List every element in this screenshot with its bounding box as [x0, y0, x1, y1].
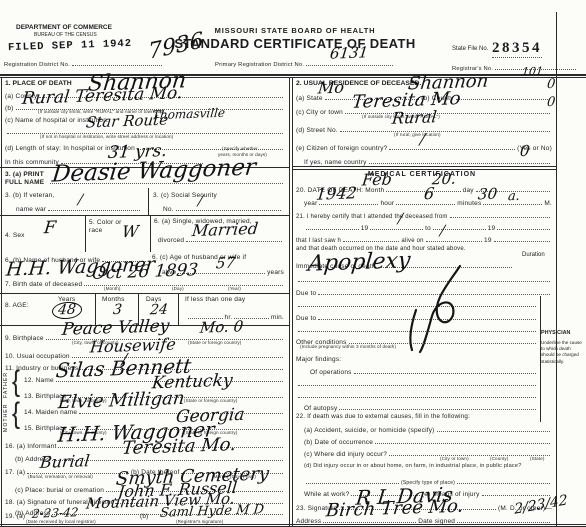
- informant-address-value: Teresita Mo.: [121, 436, 237, 458]
- dotted-leader: [298, 378, 536, 386]
- registrar-date-value: 2-23-42: [31, 506, 79, 520]
- rule-line: [292, 169, 556, 170]
- birthdate-value: Oct 26 1893: [91, 262, 199, 283]
- marital-label-2: divorced: [158, 237, 184, 244]
- injury-city-note: (City or town): [440, 456, 469, 461]
- margin-number-2: 0: [546, 78, 556, 91]
- physician-box-note: Underline the cause to which death shoul…: [541, 340, 584, 365]
- rule-line: [0, 74, 586, 76]
- dotted-leader: [456, 92, 550, 100]
- dotted-leader: [497, 222, 550, 230]
- death-year-value: 1942: [315, 185, 357, 202]
- lastsaw-label: that I last saw h: [296, 238, 341, 244]
- registrar-sig-value: Saml Hyde M D: [159, 503, 264, 520]
- ssn-label: 3. (c) Social Security: [153, 192, 217, 199]
- findings-line-2: [296, 378, 538, 386]
- veteran-war-label: name war: [16, 206, 46, 213]
- birthplace-state-value: Mo. 0: [199, 319, 244, 336]
- death-m-label: M.: [544, 200, 552, 207]
- alive-on-label: alive on: [401, 238, 423, 244]
- birthplace-label: 9. Birthplace: [5, 335, 44, 342]
- father-state-note: (State or foreign country): [184, 398, 237, 403]
- ssn-no-row: No.: [163, 203, 283, 213]
- birthplace-state-note: (State or foreign country): [188, 340, 241, 345]
- while-at-work-label: While at work?: [304, 491, 349, 498]
- age-months-value: 3: [112, 303, 122, 317]
- certificate-title: STANDARD CERTIFICATE OF DEATH: [150, 36, 440, 51]
- residence-title: 2. USUAL RESIDENCE OF DECEASED.: [296, 80, 421, 87]
- dotted-leader: [339, 402, 536, 410]
- color-label-1: 5. Color or: [89, 219, 122, 226]
- occupation-value: Housewife: [89, 336, 176, 355]
- father-name-label: 12. Name: [24, 377, 54, 384]
- where-injury-row: (c) Where did injury occur?: [304, 448, 552, 458]
- dotted-leader: [375, 436, 550, 444]
- physician-box-title: PHYSICIAN: [541, 330, 584, 337]
- where-injury-label: (c) Where did injury occur?: [304, 451, 387, 458]
- due-to-label-1: Due to: [296, 290, 316, 297]
- birthdate-year-note: (Year): [228, 286, 241, 291]
- cell-divider: [150, 215, 151, 252]
- certify-row-1: 21. I hereby certify that I attended the…: [296, 210, 552, 220]
- margin-number-3: 0: [546, 96, 556, 109]
- death-day-label: day: [463, 187, 474, 194]
- birthdate-day-note: (Day): [172, 286, 184, 291]
- findings-line-3: [296, 390, 538, 398]
- dotted-leader: [306, 476, 399, 484]
- column-divider: [292, 77, 293, 527]
- residence-street-value: Rural: [391, 109, 437, 127]
- certify-row-2: 19 to 19: [304, 222, 552, 232]
- community-label: In this community: [5, 159, 59, 166]
- mother-name-value: Elvie Milligan: [57, 390, 185, 412]
- filed-stamp: FILED SEP 11 1942: [8, 38, 132, 54]
- to-label: to: [425, 225, 431, 232]
- death-ampm-mark: a.: [507, 190, 520, 203]
- registrar-date-label: 19. (a): [5, 513, 25, 520]
- residence-street-note: (If rural, give location): [394, 132, 441, 137]
- major-findings-label: Major findings:: [296, 356, 341, 363]
- registrar-sig-label: (b): [140, 513, 149, 520]
- accident-row: (a) Accident, suicide, or homicide (spec…: [304, 424, 552, 434]
- dotted-leader: [298, 390, 536, 398]
- dotted-leader: [48, 203, 140, 211]
- primary-district-value: 6131: [329, 45, 369, 61]
- certify-label: 21. I hereby certify that I attended the…: [296, 214, 448, 220]
- dotted-leader: [426, 234, 482, 242]
- burial-place-label: (c) Place: burial or cremation: [15, 487, 104, 494]
- bureau-line: BUREAU OF THE CENSUS: [34, 32, 97, 38]
- due-to-label-2: Due to: [296, 315, 316, 322]
- column-divider: [289, 77, 290, 527]
- injury-state-note: (State): [530, 456, 545, 461]
- dotted-leader: [306, 222, 359, 230]
- spouse-age-units: years: [267, 269, 284, 276]
- place-of-death-title: 1. PLACE OF DEATH: [5, 80, 72, 87]
- primary-district-row: Primary Registration District No.: [215, 58, 395, 68]
- dotted-leader: [340, 124, 550, 132]
- dotted-leader: [176, 203, 281, 211]
- dotted-leader: [349, 336, 536, 344]
- year19-label-c: 19: [484, 237, 492, 244]
- residence-street-label: (d) Street No.: [296, 127, 338, 134]
- physician-address-value: Birch Tree Mo.: [325, 498, 464, 521]
- country-value: 0: [519, 144, 530, 159]
- state-file-number: 28354: [492, 40, 542, 58]
- burial-label: 17. (a): [5, 469, 25, 476]
- death-minutes-value: 30: [477, 187, 498, 203]
- bottom-rule: [0, 524, 586, 525]
- occurrence-label: (b) Date of occurrence: [304, 439, 373, 446]
- cell-divider: [85, 215, 86, 252]
- hospital-value: Star Route: [85, 113, 169, 131]
- informant-label: 16. (a) Informant: [5, 443, 56, 450]
- accident-label: (a) Accident, suicide, or homicide (spec…: [304, 427, 435, 434]
- duration-label: Duration: [522, 252, 545, 258]
- dotted-leader: [354, 366, 536, 374]
- age-less-header: If less than one day: [185, 296, 245, 303]
- marital-value: Married: [191, 221, 259, 239]
- death-hour-value: 6: [423, 186, 435, 202]
- residence-city-label: (c) City or town: [296, 109, 343, 116]
- burial-value: Burial: [39, 453, 90, 471]
- dotted-leader: [457, 515, 550, 523]
- age-label: 8. AGE:: [5, 302, 29, 309]
- rule-line: [0, 293, 289, 294]
- rule-line: [292, 166, 556, 167]
- veteran-label: 3. (b) If veteran,: [5, 192, 54, 199]
- death-certificate-document: DEPARTMENT OF COMMERCE BUREAU OF THE CEN…: [0, 0, 586, 527]
- print-name-label-1: 3. (a) PRINT: [5, 171, 44, 178]
- dotted-leader: [437, 424, 550, 432]
- dotted-leader: [482, 488, 550, 496]
- stay-note-1: (Specify whether: [222, 146, 258, 151]
- birthdate-month-note: (Month): [104, 286, 121, 291]
- lastsaw-row: that I last saw h alive on 19: [296, 234, 552, 244]
- color-label-2: race: [89, 227, 102, 234]
- operations-label: Of operations: [310, 369, 352, 376]
- injury-county-note: (County): [490, 456, 508, 461]
- state-file-label: State File No.: [452, 46, 488, 52]
- left-border: [1, 77, 2, 527]
- margin-number-1: 101: [521, 66, 543, 78]
- occurrence-row: (b) Date of occurrence: [304, 436, 552, 446]
- operations-row: Of operations: [310, 366, 538, 376]
- cell-divider: [148, 188, 149, 215]
- age-years-value: 48: [51, 301, 83, 319]
- board-title: MISSOURI STATE BOARD OF HEALTH: [170, 26, 420, 35]
- sex-label: 4. Sex: [5, 232, 25, 239]
- dotted-leader: [457, 476, 550, 484]
- age-days-value: 24: [149, 303, 168, 318]
- death-hour-label: hour: [380, 200, 394, 207]
- dotted-leader: [494, 234, 550, 242]
- department-line: DEPARTMENT OF COMMERCE: [16, 24, 112, 31]
- country-label: If yes, name country: [304, 159, 367, 166]
- color-value: W: [121, 224, 139, 241]
- registration-district-row: Registration District No.: [4, 58, 164, 68]
- country-row: If yes, name country: [304, 156, 552, 166]
- year19-label-b: 19: [488, 225, 496, 232]
- mother-brace: {: [12, 397, 20, 432]
- citizen-label: (e) Citizen of foreign country?: [296, 145, 387, 152]
- ssn-no-label: No.: [163, 206, 174, 213]
- autopsy-row: Of autopsy: [304, 402, 538, 412]
- autopsy-label: Of autopsy: [304, 405, 337, 412]
- registration-district-label: Registration District No.: [4, 62, 70, 68]
- birthdate-label: 7. Birth date of deceased: [5, 281, 82, 288]
- burial-note: (Burial, cremation, or removal): [28, 474, 93, 479]
- father-brace: {: [12, 365, 20, 400]
- other-conditions-note: (Include pregnancy within 3 months of de…: [300, 344, 396, 349]
- injury-home-label: (d) Did injury occur in or about home, o…: [304, 463, 522, 469]
- dotted-leader: [343, 234, 399, 242]
- cell-divider: [178, 293, 179, 325]
- hospital-note: (If not in hospital or institution, writ…: [40, 134, 173, 139]
- rule-line: [0, 215, 289, 216]
- age-min-label: min.: [271, 314, 284, 321]
- residence-state-value: Mo: [317, 80, 345, 97]
- township-label: (b): [5, 105, 14, 112]
- sex-value: F: [43, 220, 57, 237]
- mother-side-label: MOTHER: [3, 398, 9, 432]
- year19-label-a: 19: [361, 225, 369, 232]
- cause-value: Apoplexy: [307, 250, 411, 276]
- spouse-age-value: 57: [215, 256, 236, 272]
- right-border: [556, 12, 557, 527]
- primary-district-label: Primary Registration District No.: [215, 62, 304, 68]
- print-name-label-2: FULL NAME: [5, 179, 44, 186]
- dotted-leader: [450, 210, 550, 218]
- external-causes-label: 22. If death was due to external causes,…: [296, 413, 470, 420]
- dotted-leader: [389, 142, 515, 150]
- father-side-label: FATHER: [3, 364, 9, 398]
- death-month-value: Feb: [361, 171, 393, 188]
- dotted-leader: [389, 448, 550, 456]
- medical-title: MEDICAL CERTIFICATION: [296, 171, 548, 178]
